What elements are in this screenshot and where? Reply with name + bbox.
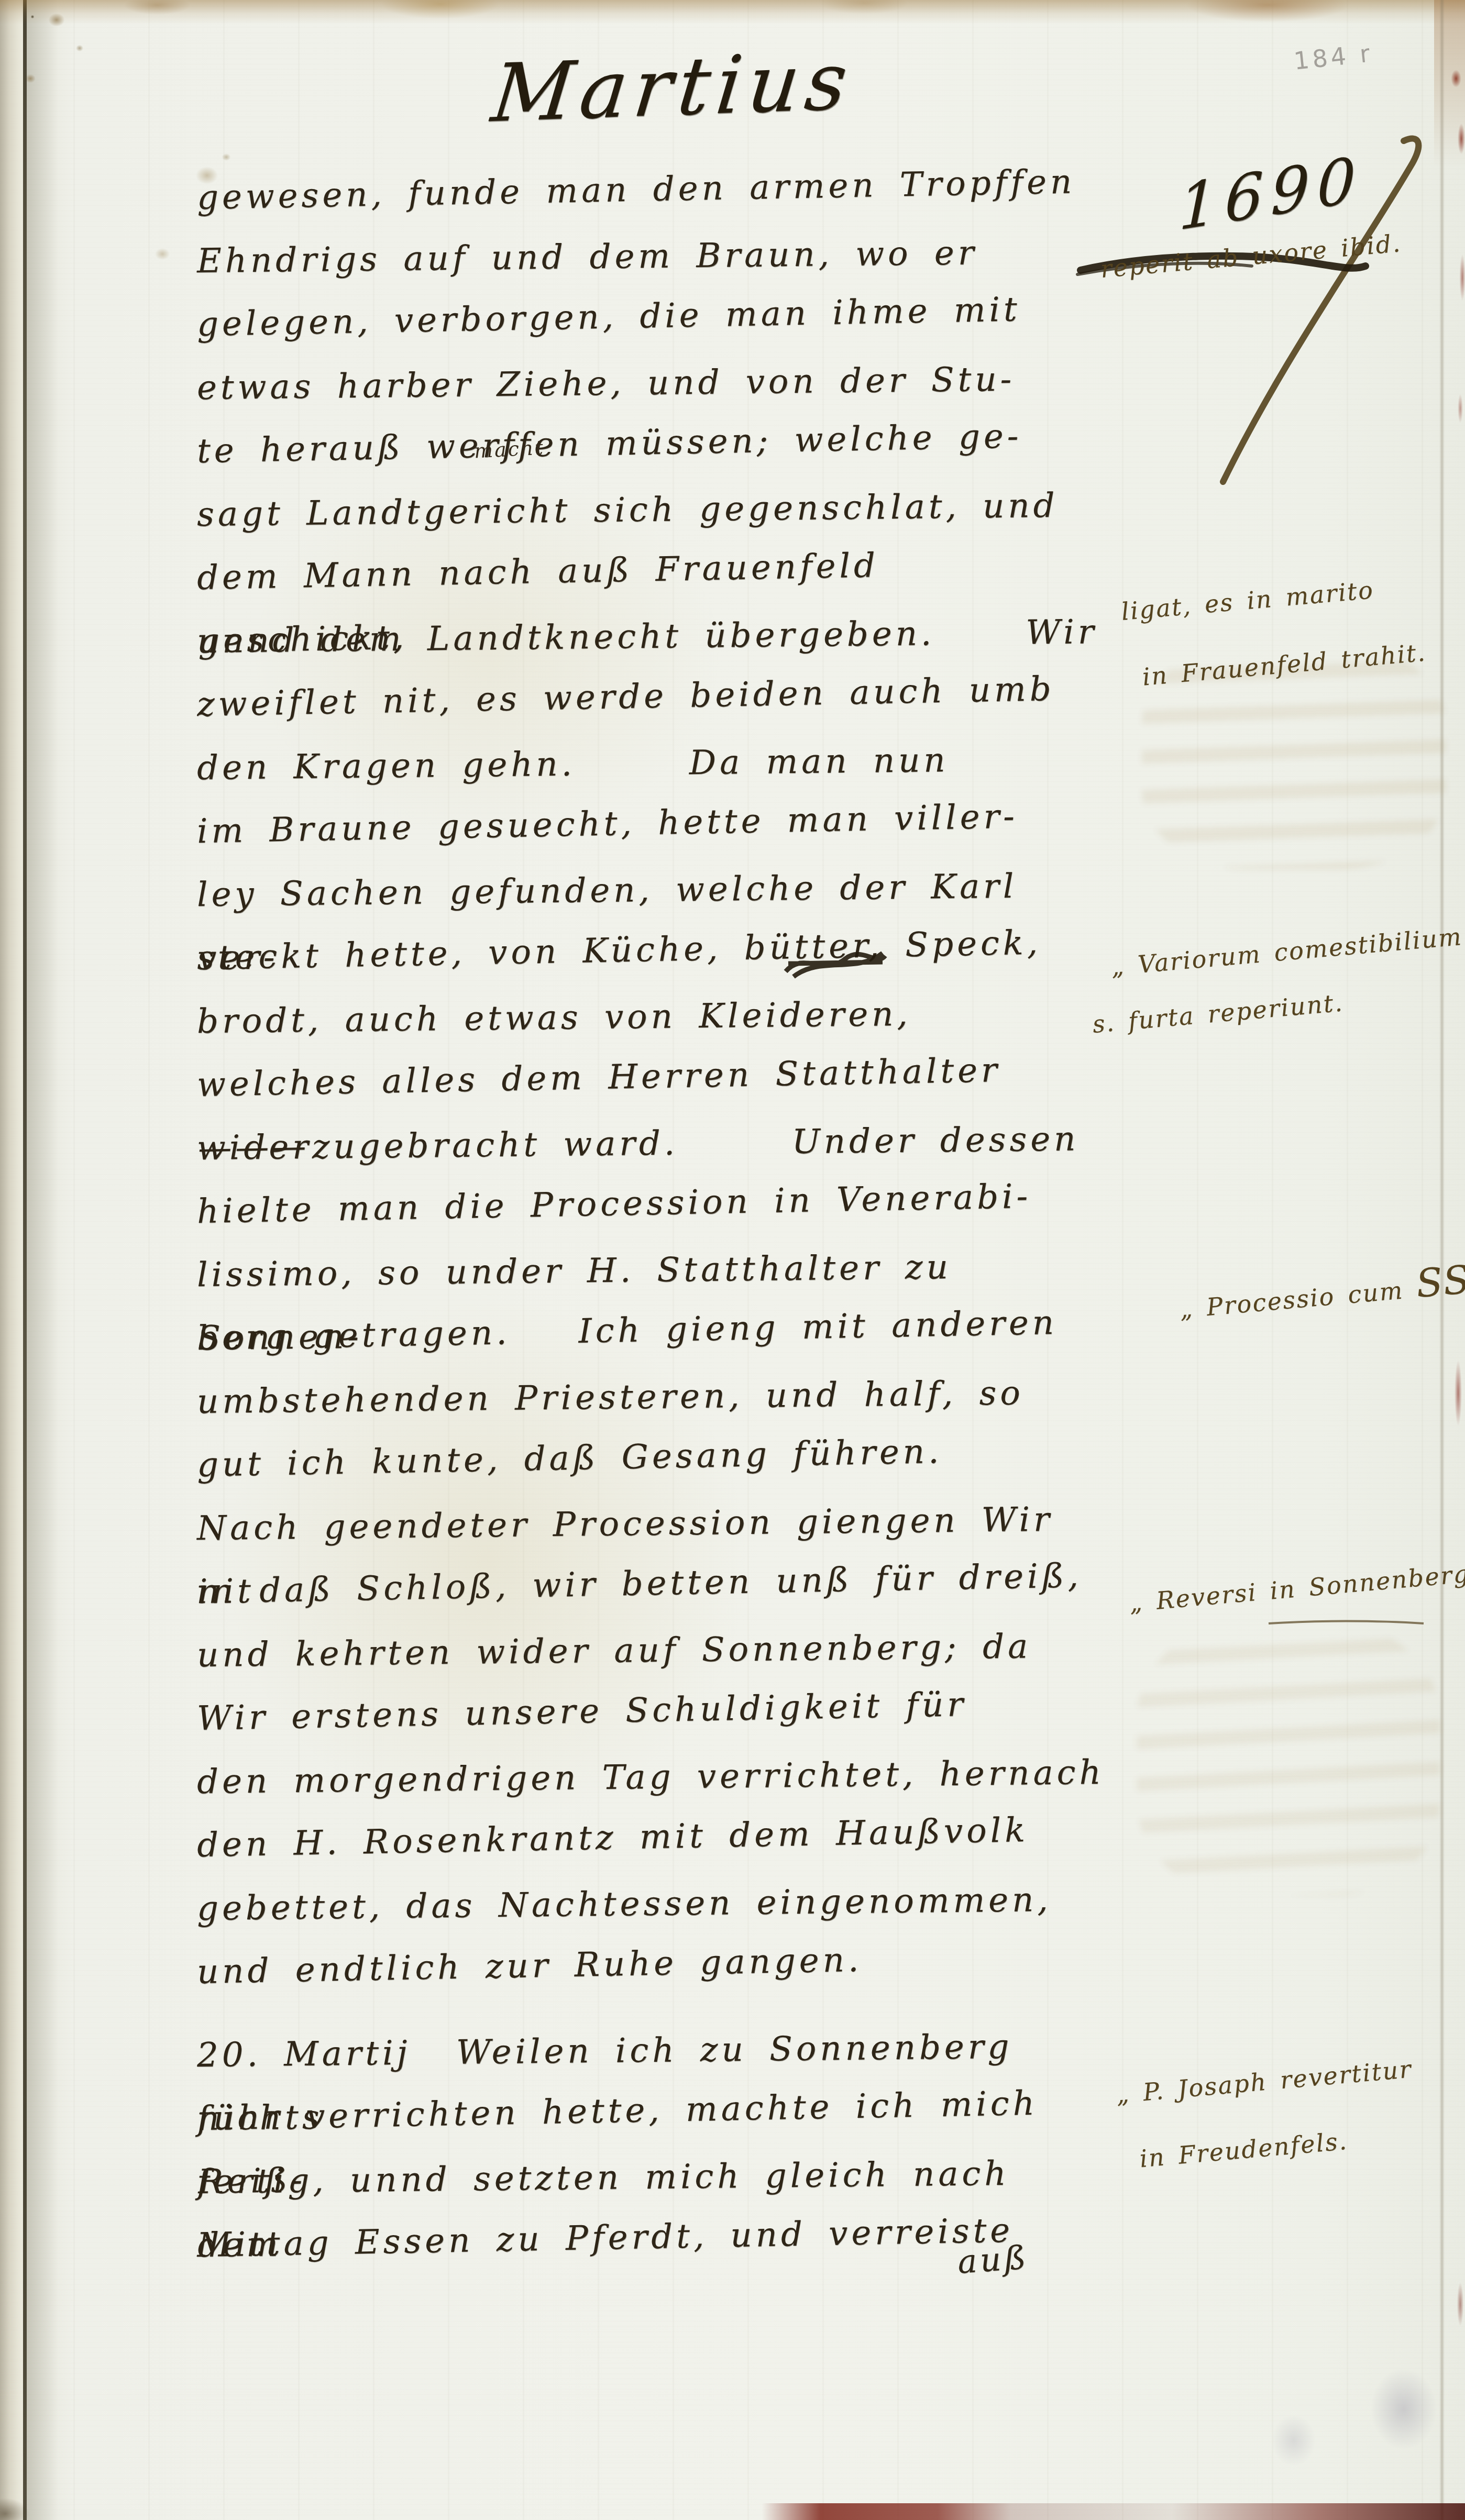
manuscript-page: 184 r Martius 1690 gewesen, funde man de… <box>0 0 1465 2520</box>
margin-note-josaph-line2: in Freudenfels. <box>1138 2127 1349 2173</box>
page-title: Martius <box>488 35 858 140</box>
verso-bleedthrough-2 <box>1137 1623 1440 1896</box>
folio-number-pencil: 184 r <box>1293 39 1374 75</box>
margin-note-processio: „ Processio cum SSmo. <box>1122 1226 1465 1360</box>
margin-note-josaph-line1: „ P. Josaph revertitur <box>1115 2054 1413 2108</box>
binding-gutter-sliver <box>0 0 24 2520</box>
margin-note-ligat-line2: in Frauenfeld trahit. <box>1141 638 1427 691</box>
processio-ss: SS <box>1414 1257 1465 1307</box>
top-edge-stain <box>0 0 1465 24</box>
margin-note-variorum-line1: „ Variorum comestibilium <box>1110 922 1463 981</box>
catchword: auß <box>956 2238 1030 2281</box>
margin-note-variorum-line2: s. furta reperiunt. <box>1092 988 1345 1038</box>
bottom-left-shadow <box>0 2482 47 2520</box>
binding-gutter-line <box>23 0 27 2520</box>
bottom-edge-red-band <box>0 2503 1465 2520</box>
ink-scribble-strikeout <box>783 940 888 987</box>
manuscript-line: gewesen, funde man den armen Tropffen <box>196 150 1109 230</box>
grey-smudge <box>1247 2367 1465 2503</box>
processio-lead: „ Processio cum <box>1178 1275 1418 1323</box>
binding-gutter-shadow <box>27 0 58 2520</box>
margin-note-reversi: „ Reversi in Sonnenberg. <box>1128 1559 1465 1617</box>
margin-note-underline <box>1268 1619 1425 1628</box>
interlinear-insertion: macht <box>473 436 545 463</box>
margin-note-ligat-line1: ligat, es in marito <box>1120 576 1375 626</box>
body-text-block: gewesen, funde man den armen Tropffen Eh… <box>197 167 1108 2278</box>
